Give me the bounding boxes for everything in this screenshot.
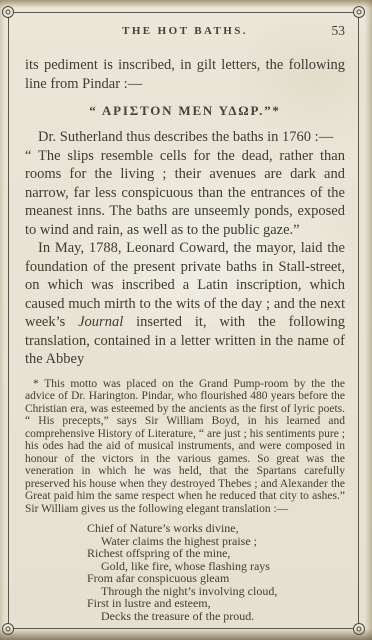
translation-poem: Chief of Nature’s works divine, Water cl… [87, 522, 345, 622]
footnote-paragraph: * This motto was placed on the Grand Pum… [25, 378, 345, 516]
poem-line: Richest offspring of the mine, [87, 547, 345, 560]
poem-line: From afar conspicuous gleam [87, 572, 345, 585]
greek-motto: “ ΑΡΙΣΤΟΝ ΜΕΝ ΥΔΩΡ.”* [25, 103, 345, 119]
corner-ring-icon [2, 623, 14, 635]
corner-ring-icon [353, 6, 365, 18]
poem-line: First in lustre and esteem, [87, 597, 345, 610]
corner-ring-icon [2, 6, 14, 18]
running-header: THE HOT BATHS. 53 [25, 25, 345, 41]
page-text-column: THE HOT BATHS. 53 its pediment is inscri… [25, 0, 345, 622]
page-number: 53 [332, 23, 346, 39]
may-1788-paragraph: In May, 1788, Leonard Coward, the mayor,… [25, 239, 345, 369]
poem-line: Chief of Nature’s works divine, [87, 522, 345, 535]
book-page-scan: THE HOT BATHS. 53 its pediment is inscri… [0, 0, 372, 640]
sutherland-lead-line: Dr. Sutherland thus describes the baths … [25, 128, 345, 147]
poem-line: Decks the treasure of the proud. [87, 610, 345, 623]
corner-ring-icon [353, 623, 365, 635]
journal-italic-word: Journal [78, 314, 123, 330]
intro-paragraph: its pediment is inscribed, in gilt lette… [25, 56, 345, 93]
page-title: THE HOT BATHS. [25, 25, 345, 37]
sutherland-quote-paragraph: “ The slips resemble cells for the dead,… [25, 147, 345, 240]
